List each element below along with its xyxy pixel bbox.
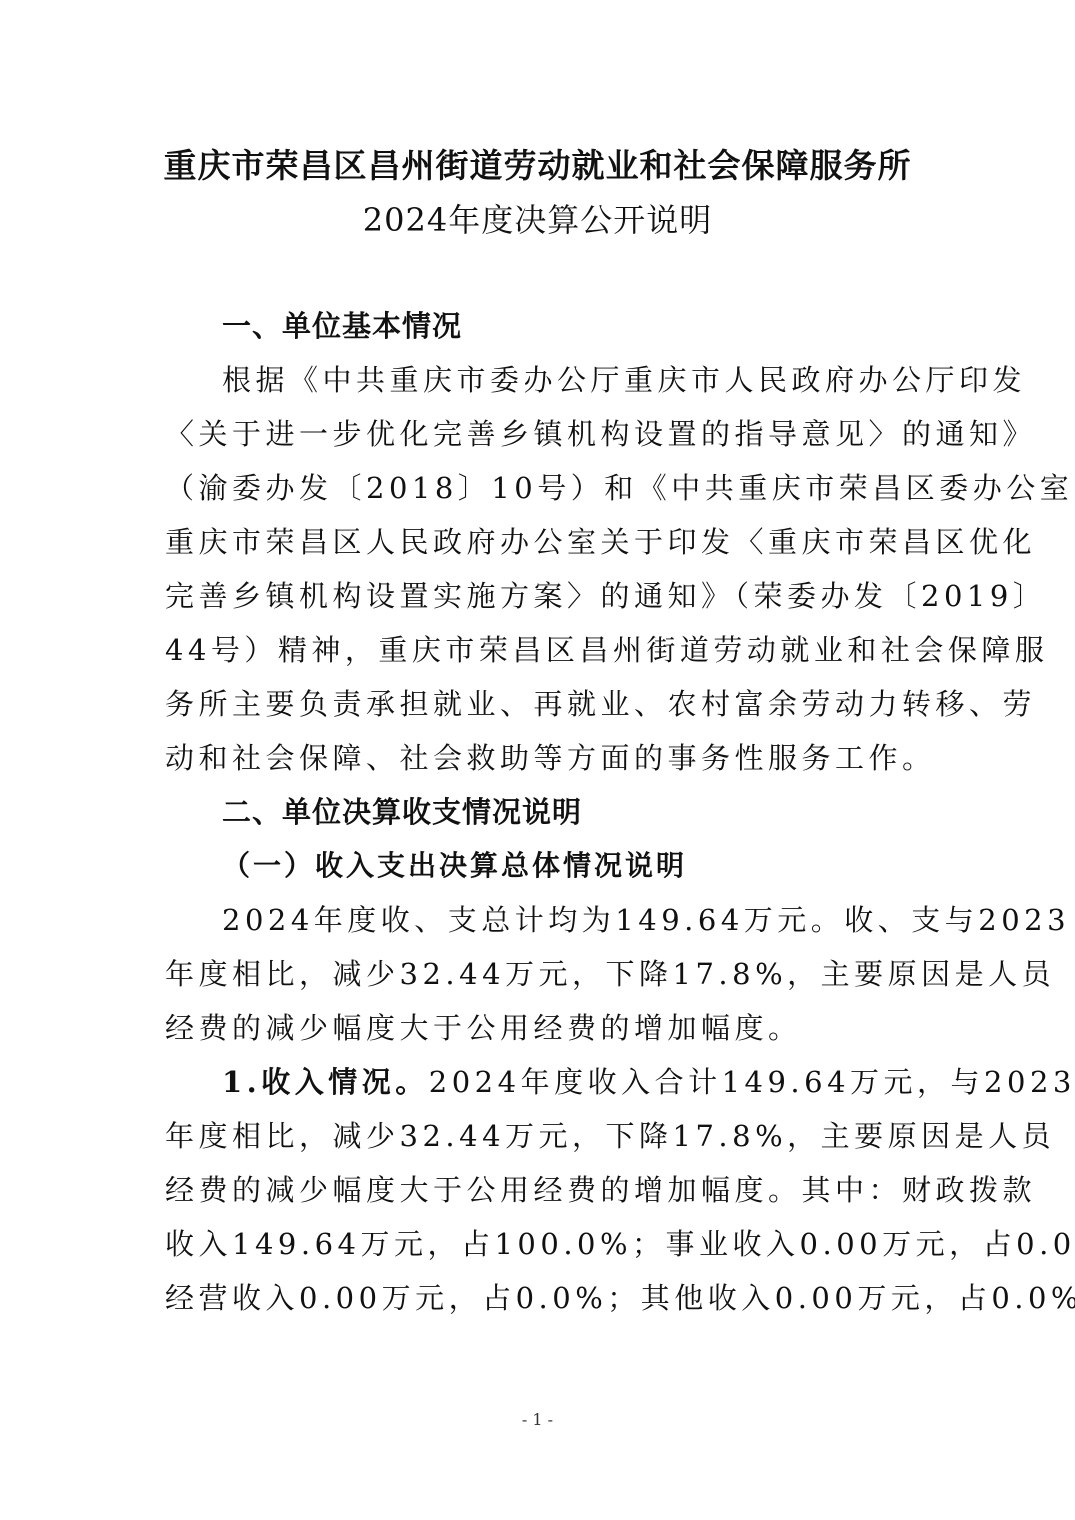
paragraph-line: 44号）精神，重庆市荣昌区昌州街道劳动就业和社会保障服 [165, 632, 910, 668]
paragraph-line: 经费的减少幅度大于公用经费的增加幅度。 [165, 1010, 910, 1046]
paragraph-line: 年度相比，减少32.44万元，下降17.8%，主要原因是人员 [165, 1118, 910, 1154]
income-paragraph-first-line: 1.收入情况。2024年度收入合计149.64万元，与2023 [222, 1064, 912, 1100]
document-title-line1: 重庆市荣昌区昌州街道劳动就业和社会保障服务所 [0, 140, 1075, 187]
income-label: 1.收入情况。 [222, 1065, 429, 1099]
document-title-line2: 2024年度决算公开说明 [0, 195, 1075, 241]
page-number: - 1 - [0, 1410, 1075, 1429]
paragraph-line: 重庆市荣昌区人民政府办公室关于印发〈重庆市荣昌区优化 [165, 524, 910, 560]
paragraph-line: 收入149.64万元，占100.0%；事业收入0.00万元，占0.0%； [165, 1226, 910, 1262]
paragraph-line: 务所主要负责承担就业、再就业、农村富余劳动力转移、劳 [165, 686, 910, 722]
section2-heading: 二、单位决算收支情况说明 [222, 794, 912, 830]
paragraph-line: 年度相比，减少32.44万元，下降17.8%，主要原因是人员 [165, 956, 910, 992]
paragraph-line: 完善乡镇机构设置实施方案〉的通知》（荣委办发〔2019〕 [165, 578, 910, 614]
paragraph-line: 〈关于进一步优化完善乡镇机构设置的指导意见〉的通知》 [165, 416, 910, 452]
paragraph-line: 2024年度收、支总计均为149.64万元。收、支与2023 [222, 902, 912, 938]
paragraph-line: 经营收入0.00万元，占0.0%；其他收入0.00万元，占0.0%。 [165, 1280, 910, 1316]
paragraph-line: 根据《中共重庆市委办公厅重庆市人民政府办公厅印发 [222, 362, 912, 398]
paragraph-line: 经费的减少幅度大于公用经费的增加幅度。其中：财政拨款 [165, 1172, 910, 1208]
paragraph-text: 2024年度收入合计149.64万元，与2023 [429, 1065, 1075, 1099]
paragraph-line: （渝委办发〔2018〕10号）和《中共重庆市荣昌区委办公室 [165, 470, 910, 506]
section2-subheading: （一）收入支出决算总体情况说明 [222, 848, 967, 884]
paragraph-line: 动和社会保障、社会救助等方面的事务性服务工作。 [165, 740, 910, 776]
section1-heading: 一、单位基本情况 [222, 308, 912, 344]
